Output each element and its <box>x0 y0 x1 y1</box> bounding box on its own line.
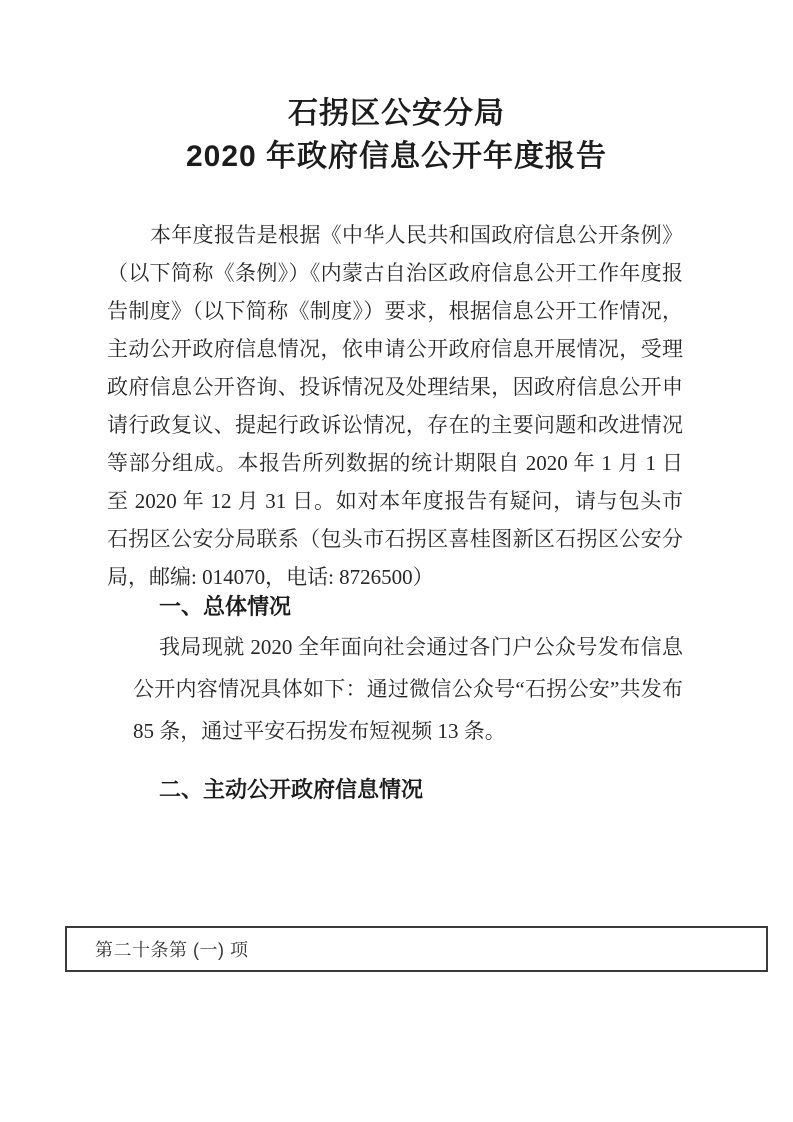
report-title-line1: 石拐区公安分局 <box>0 92 793 135</box>
document-page: 石拐区公安分局 2020 年政府信息公开年度报告 本年度报告是根据《中华人民共和… <box>0 0 793 1122</box>
section-heading-overview: 一、总体情况 <box>107 592 291 622</box>
report-title: 石拐区公安分局 2020 年政府信息公开年度报告 <box>0 92 793 178</box>
section-heading-proactive-disclosure: 二、主动公开政府信息情况 <box>107 775 423 805</box>
overview-paragraph: 我局现就 2020 全年面向社会通过各门户公众号发布信息公开内容情况具体如下：通… <box>133 626 683 752</box>
intro-paragraph: 本年度报告是根据《中华人民共和国政府信息公开条例》（以下简称《条例》）《内蒙古自… <box>107 216 683 596</box>
table-cell-article-20-item-1: 第二十条第 (一) 项 <box>95 936 249 962</box>
report-title-line2: 2020 年政府信息公开年度报告 <box>0 135 793 178</box>
disclosure-table-row: 第二十条第 (一) 项 <box>65 926 768 972</box>
